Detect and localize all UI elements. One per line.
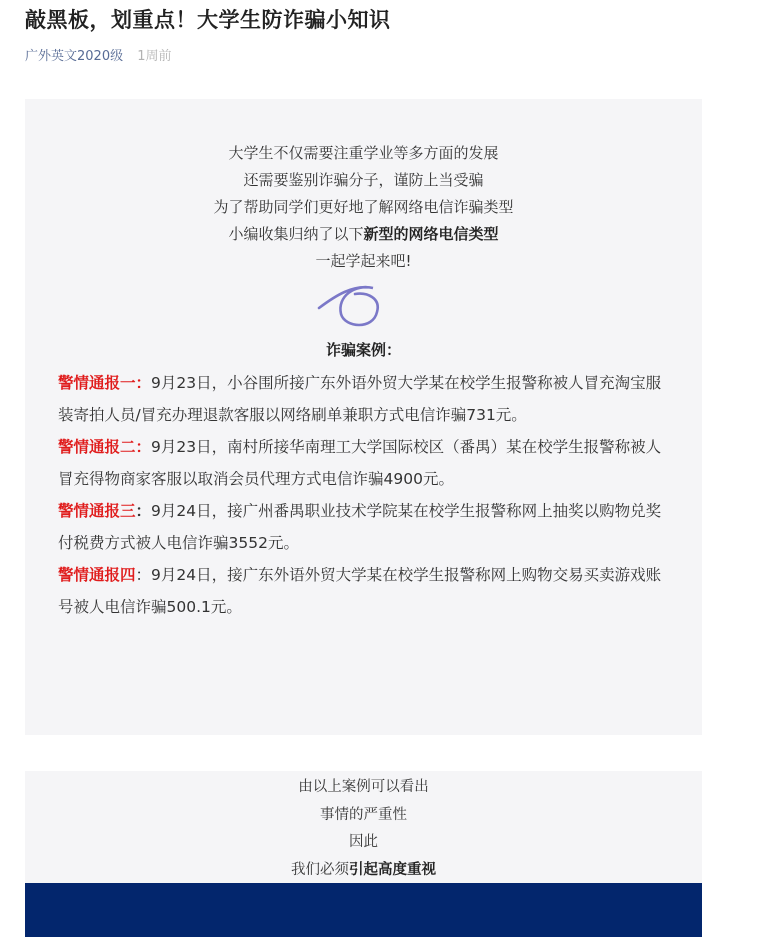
conclusion-line: 因此 xyxy=(25,829,702,857)
author-link[interactable]: 广外英文2020级 xyxy=(25,49,123,64)
case-item: 警情通报一：9月23日，小谷围所接广东外语外贸大学某在校学生报警称被人冒充淘宝服… xyxy=(58,367,668,431)
case-item: 警情通报四：9月24日，接广东外语外贸大学某在校学生报警称网上购物交易买卖游戏账… xyxy=(58,559,668,623)
case-label: 警情通报一 xyxy=(58,374,136,392)
case-colon: ： xyxy=(136,438,152,456)
conclusion-line-normal: 我们必须 xyxy=(291,862,349,878)
case-colon: ： xyxy=(136,502,152,520)
intro-section: 大学生不仅需要注重学业等多方面的发展 还需要鉴别诈骗分子，谨防上当受骗 为了帮助… xyxy=(25,99,702,735)
conclusion-line: 我们必须引起高度重视 xyxy=(25,857,702,885)
intro-line-bold: 新型的网络电信类型 xyxy=(364,225,499,243)
intro-line: 还需要鉴别诈骗分子，谨防上当受骗 xyxy=(25,167,702,194)
intro-line: 为了帮助同学们更好地了解网络电信诈骗类型 xyxy=(25,194,702,221)
case-label: 警情通报四 xyxy=(58,566,136,584)
navy-banner xyxy=(25,883,702,937)
article-meta: 广外英文2020级 1周前 xyxy=(25,48,172,66)
case-label: 警情通报三 xyxy=(58,502,136,520)
intro-line: 一起学起来吧! xyxy=(25,248,702,275)
case-colon: ： xyxy=(136,566,152,584)
cases-list: 警情通报一：9月23日，小谷围所接广东外语外贸大学某在校学生报警称被人冒充淘宝服… xyxy=(58,367,668,623)
intro-line-normal: 小编收集归纳了以下 xyxy=(228,225,363,243)
conclusion-section: 由以上案例可以看出 事情的严重性 因此 我们必须引起高度重视 xyxy=(25,771,702,883)
intro-line: 大学生不仅需要注重学业等多方面的发展 xyxy=(25,140,702,167)
case-label: 警情通报二 xyxy=(58,438,136,456)
article-title: 敲黑板，划重点！大学生防诈骗小知识 xyxy=(25,5,391,35)
conclusion-line-bold: 引起高度重视 xyxy=(349,862,436,878)
intro-text: 大学生不仅需要注重学业等多方面的发展 还需要鉴别诈骗分子，谨防上当受骗 为了帮助… xyxy=(25,140,702,275)
swirl-icon xyxy=(315,282,395,332)
conclusion-line: 事情的严重性 xyxy=(25,802,702,830)
conclusion-line: 由以上案例可以看出 xyxy=(25,774,702,802)
publish-time: 1周前 xyxy=(137,49,171,64)
case-item: 警情通报三：9月24日，接广州番禺职业技术学院某在校学生报警称网上抽奖以购物兑奖… xyxy=(58,495,668,559)
cases-heading: 诈骗案例： xyxy=(25,337,702,364)
intro-line: 小编收集归纳了以下新型的网络电信类型 xyxy=(25,221,702,248)
case-colon: ： xyxy=(136,374,152,392)
case-item: 警情通报二：9月23日，南村所接华南理工大学国际校区（番禺）某在校学生报警称被人… xyxy=(58,431,668,495)
conclusion-text: 由以上案例可以看出 事情的严重性 因此 我们必须引起高度重视 xyxy=(25,774,702,884)
